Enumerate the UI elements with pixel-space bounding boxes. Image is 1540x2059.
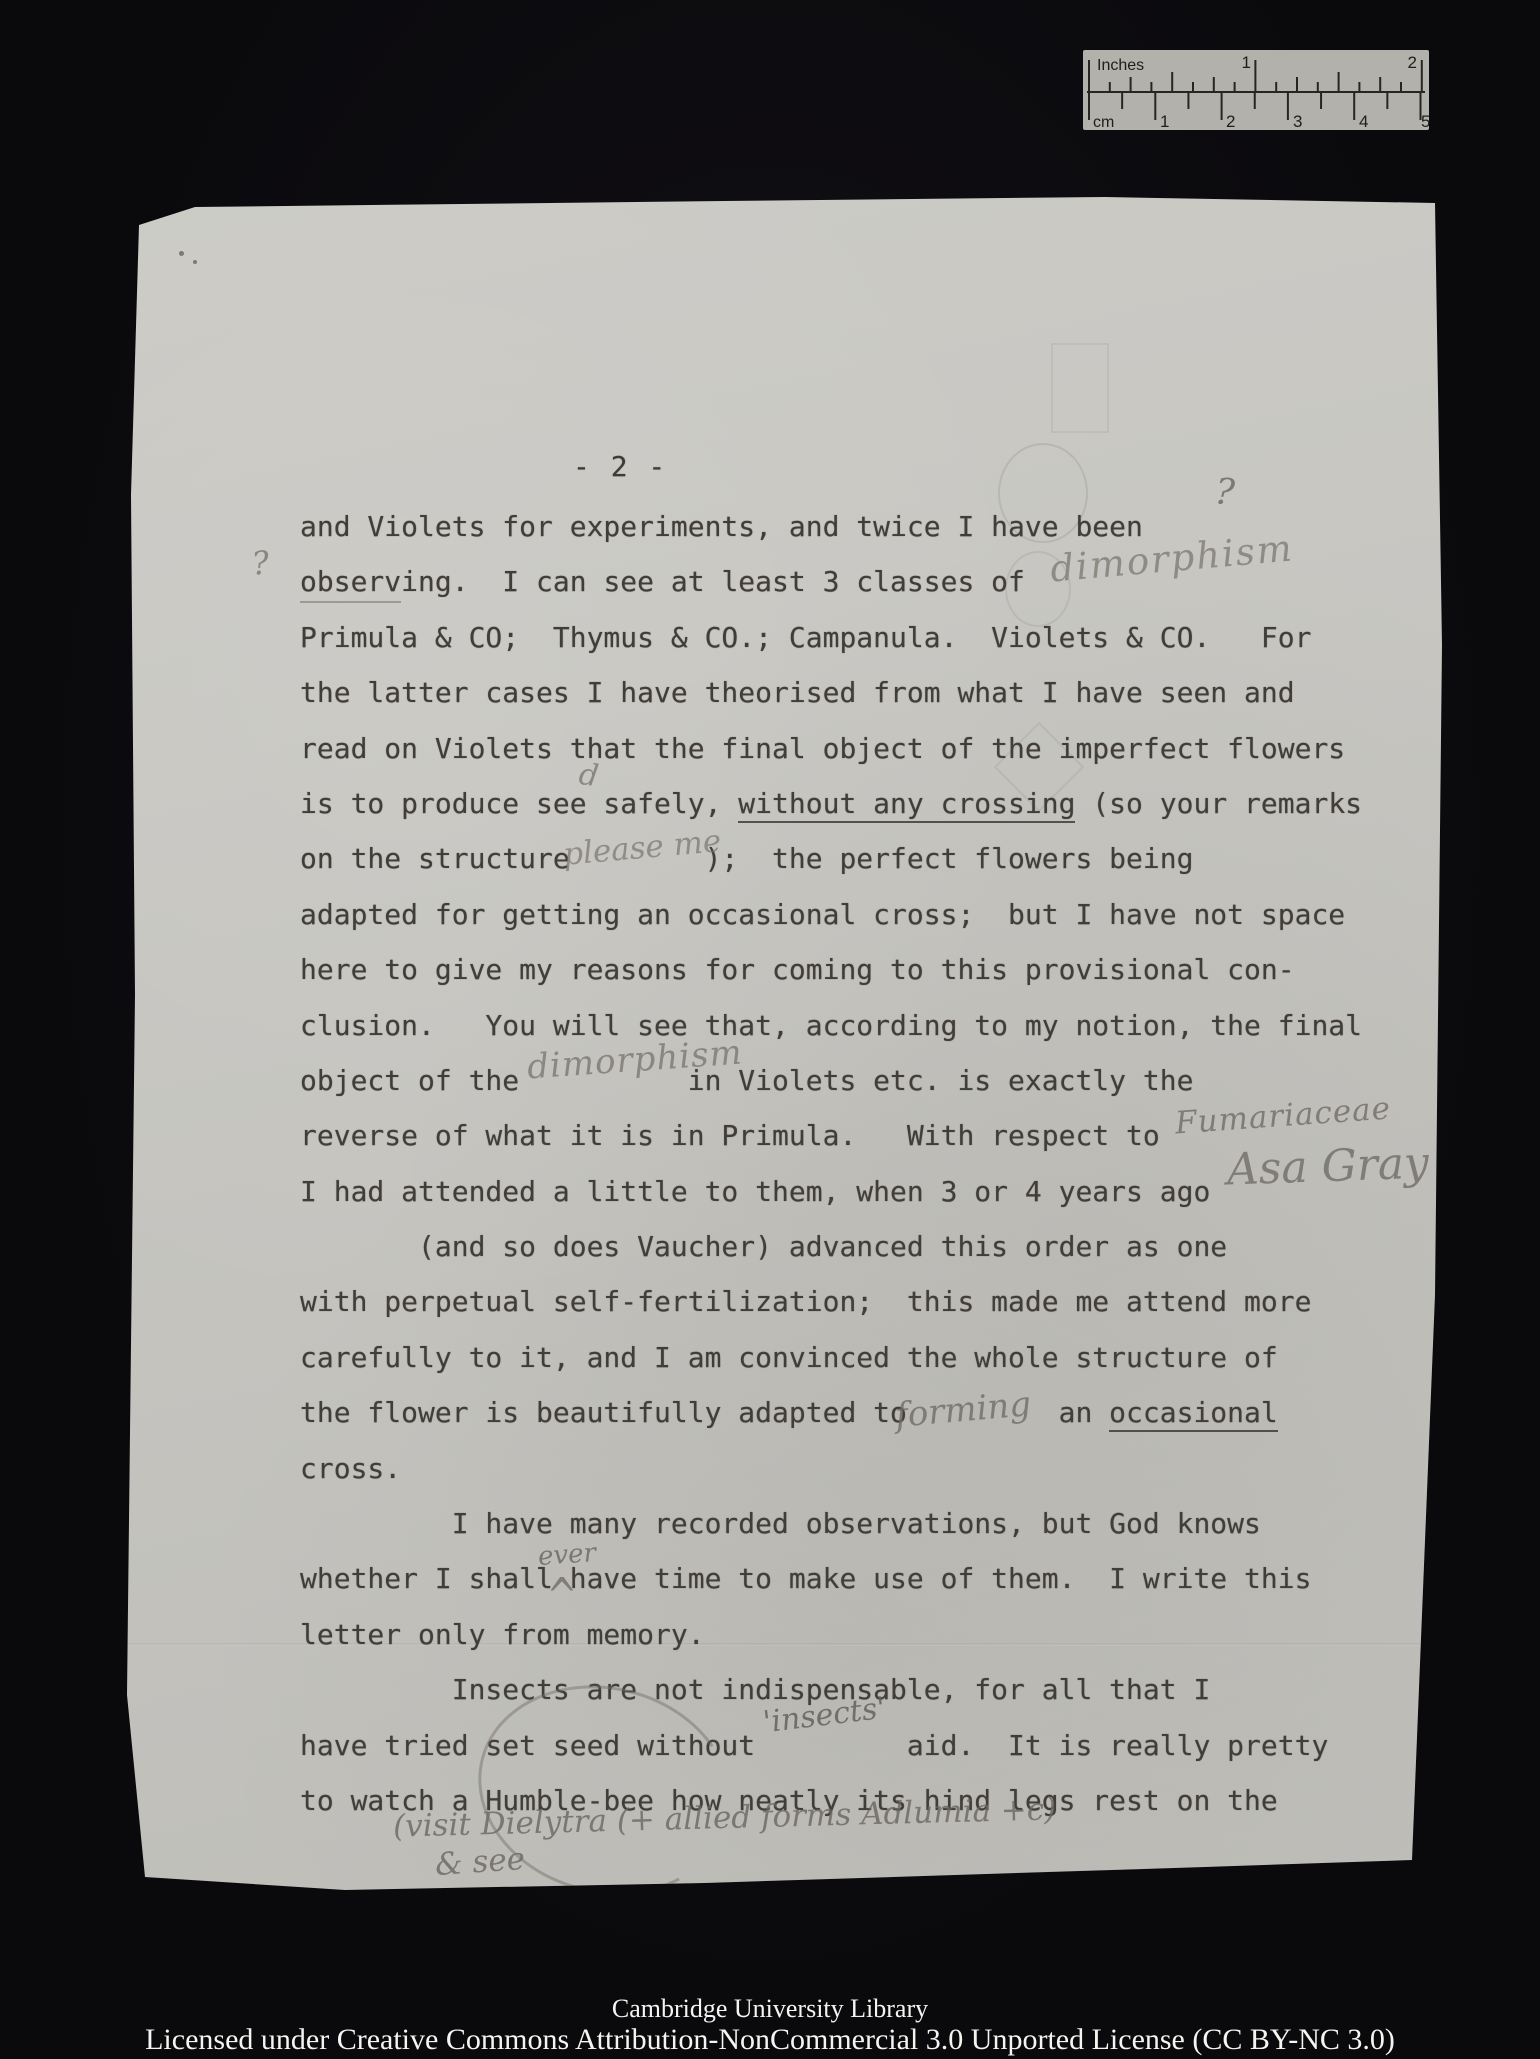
ruler-cm-label: cm (1093, 114, 1114, 131)
paper-speck (179, 251, 184, 256)
typed-line: letter only from memory. (300, 1618, 1362, 1673)
ruler-graphic: Inches 1 2 cm 1 2 3 4 5 (1083, 46, 1429, 132)
typed-line: adapted for getting an occasional cross;… (300, 898, 1362, 953)
ruler-cm-2: 2 (1226, 112, 1235, 131)
typed-line: here to give my reasons for coming to th… (300, 953, 1362, 1008)
typed-text: and Violets for experiments, and twice I… (300, 510, 1362, 1839)
typed-line: clusion. You will see that, according to… (300, 1009, 1362, 1064)
ruler-cm-3: 3 (1293, 112, 1302, 131)
ruler-cm-1: 1 (1160, 112, 1169, 131)
typed-line: with perpetual self-fertilization; this … (300, 1285, 1362, 1340)
annotation-ever: ever (537, 1540, 597, 1570)
ruler-inch-2: 2 (1408, 53, 1417, 72)
typed-line: I have many recorded observations, but G… (300, 1507, 1362, 1562)
ruler-cm-5: 5 (1421, 112, 1429, 131)
paper-speck (193, 260, 197, 264)
letter-page: - 2 - and Violets for experiments, and t… (105, 195, 1442, 1895)
annotation-question-mark-left: ? (250, 546, 270, 580)
ruler-inch-1: 1 (1242, 53, 1251, 72)
ruler-cm-4: 4 (1359, 112, 1368, 131)
typed-line: have tried set seed without aid. It is r… (300, 1729, 1362, 1784)
attribution-license: Licensed under Creative Commons Attribut… (0, 2024, 1540, 2056)
typed-line: Primula & CO; Thymus & CO.; Campanula. V… (300, 621, 1362, 676)
measurement-ruler: Inches 1 2 cm 1 2 3 4 5 (1083, 46, 1429, 132)
attribution: Cambridge University Library Licensed un… (0, 1994, 1540, 2056)
typed-line: cross. (300, 1452, 1362, 1507)
typed-line: read on Violets that the final object of… (300, 732, 1362, 787)
page-number: - 2 - (573, 450, 667, 483)
typed-line: on the structure ); the perfect flowers … (300, 842, 1362, 897)
typed-line: the latter cases I have theorised from w… (300, 676, 1362, 731)
typed-line: is to produce see safely, without any cr… (300, 787, 1362, 842)
typed-line: carefully to it, and I am convinced the … (300, 1341, 1362, 1396)
annotation-inserted-d: d (577, 760, 600, 792)
typed-line: whether I shall have time to make use of… (300, 1562, 1362, 1617)
watermark-rect (1051, 343, 1109, 433)
annotation-caret: ^ (547, 1573, 578, 1622)
attribution-library: Cambridge University Library (0, 1994, 1540, 2024)
typed-line: I had attended a little to them, when 3 … (300, 1175, 1362, 1230)
annotation-question-mark-right: ? (1213, 474, 1235, 512)
typed-line: the flower is beautifully adapted to an … (300, 1396, 1362, 1451)
ruler-inches-label: Inches (1097, 57, 1144, 74)
typed-line: (and so does Vaucher) advanced this orde… (300, 1230, 1362, 1285)
annotation-asa-gray: Asa Gray (1226, 1141, 1429, 1192)
